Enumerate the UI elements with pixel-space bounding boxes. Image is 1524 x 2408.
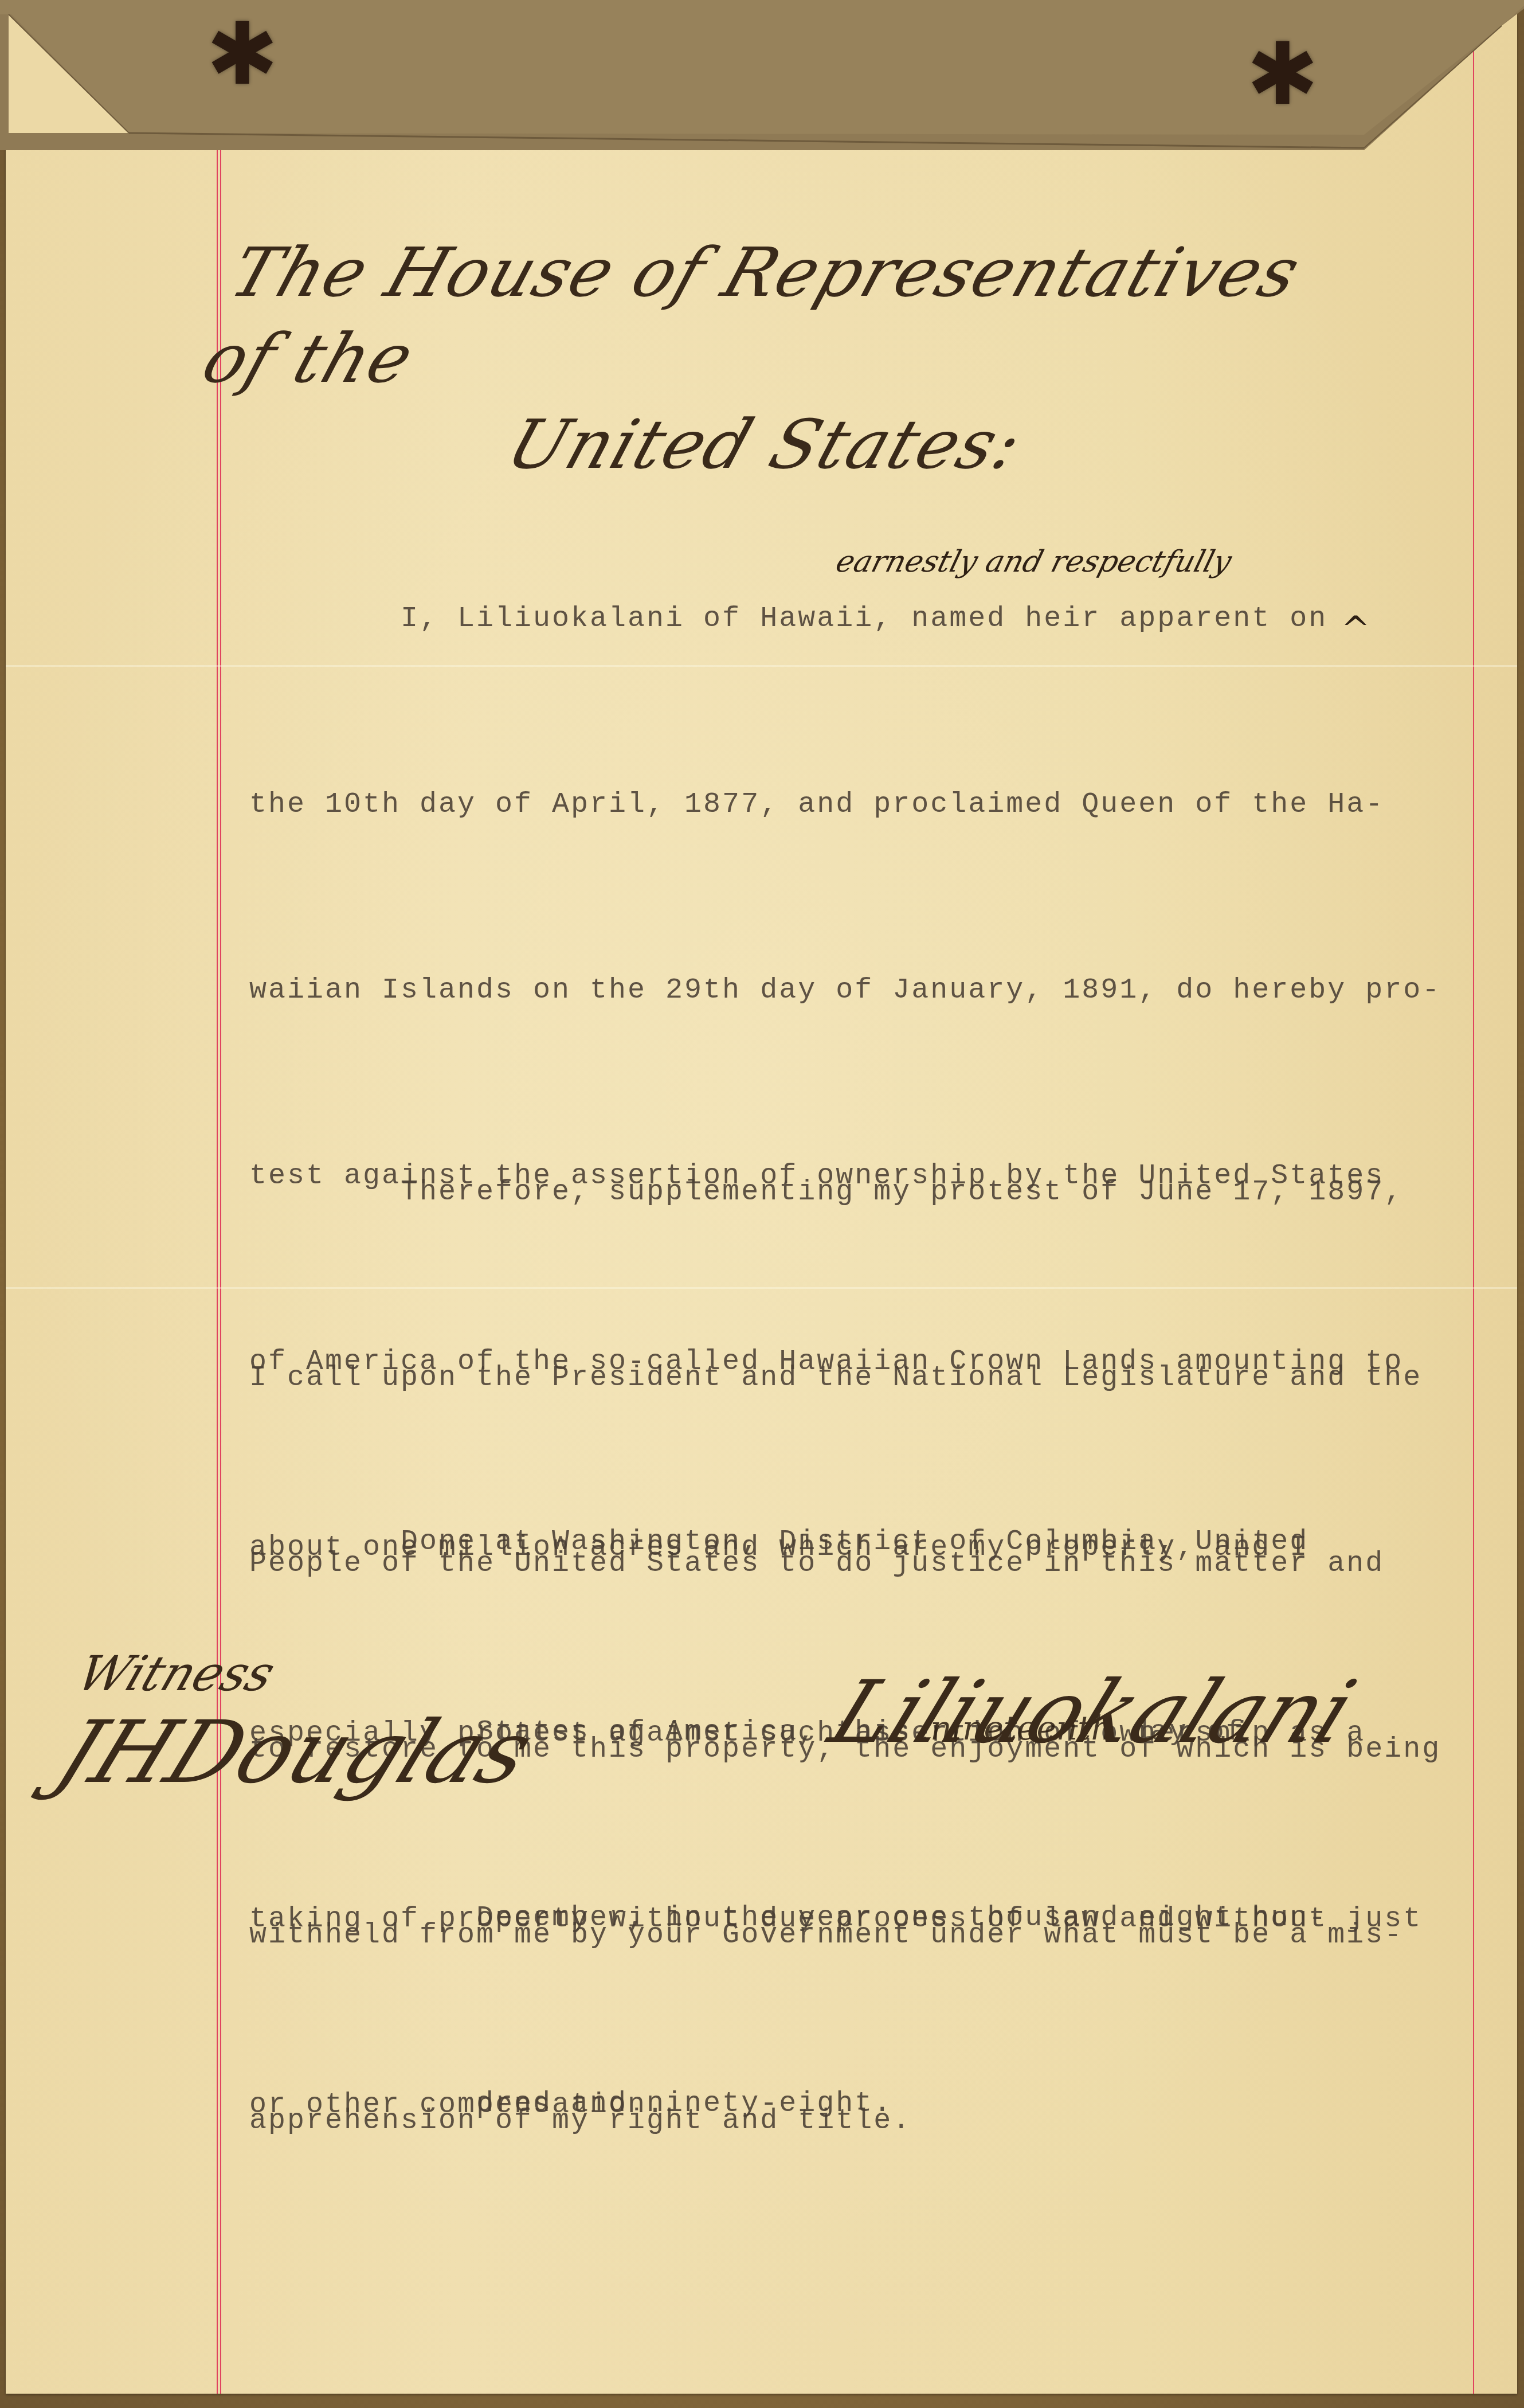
- text-line: Therefore, supplementing my protest of J…: [249, 1162, 1441, 1223]
- witness-signature: JHDouglas: [43, 1703, 547, 1803]
- fastener-right-icon: ✱: [1247, 32, 1319, 118]
- heading-line-1: The House of Representatives of the: [194, 233, 1311, 398]
- text-line: the 10th day of April, 1877, and proclai…: [249, 774, 1441, 836]
- text-line: I, Liliuokalani of Hawaii, named heir ap…: [249, 588, 1441, 650]
- closing-line-3: December, in the year one thousand eight…: [249, 1887, 1327, 1949]
- fastener-left-icon: ✱: [206, 11, 279, 97]
- queen-signature: Liliuokalani: [817, 1663, 1369, 1762]
- witness-label: Witness: [70, 1645, 283, 1702]
- right-margin-rule: [1473, 14, 1474, 2394]
- handwritten-heading: The House of Representatives of the Unit…: [164, 229, 1394, 487]
- text-line: waiian Islands on the 29th day of Januar…: [249, 960, 1441, 1022]
- closing-line-1: Done at Washington, District of Columbia…: [249, 1511, 1327, 1573]
- closing-line-4: dred and ninety-eight.: [249, 2073, 1327, 2135]
